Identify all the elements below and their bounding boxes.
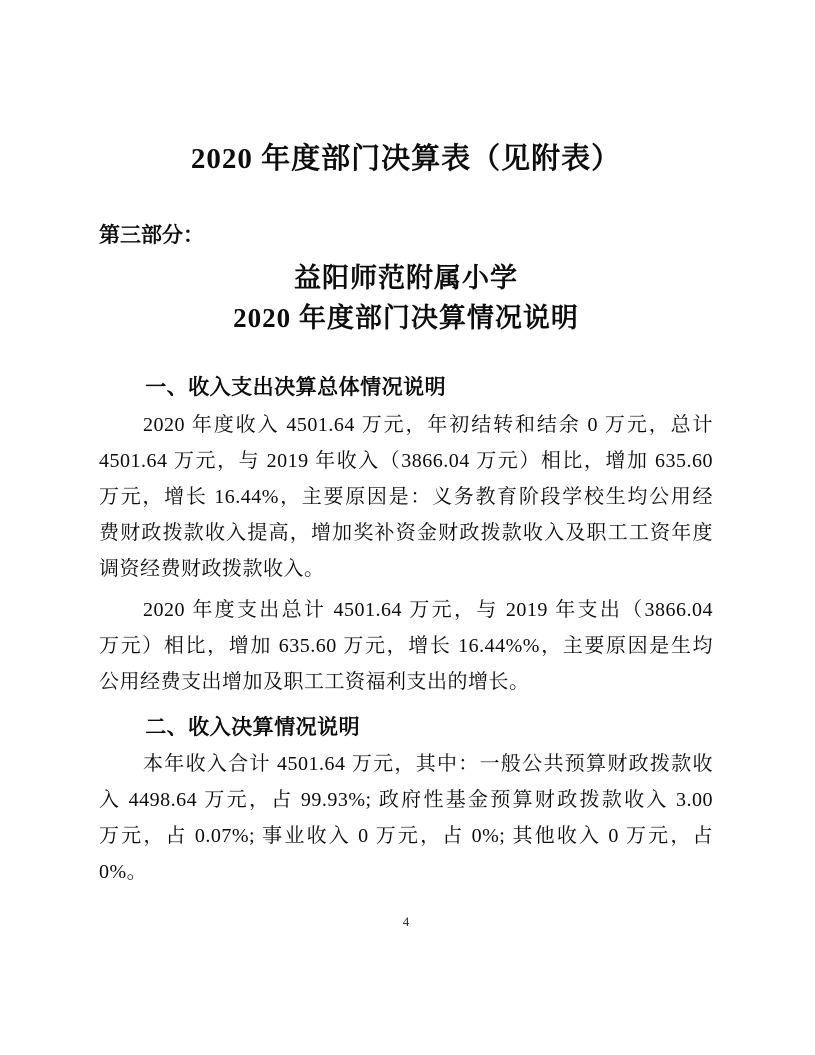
section-heading-1: 一、收入支出决算总体情况说明 <box>99 374 713 402</box>
paragraph-expenditure-overview: 2020 年度支出总计 4501.64 万元，与 2019 年支出（3866.0… <box>99 592 713 700</box>
paragraph-line: 入 4498.64 万元，占 99.93%; 政府性基金预算财政拨款收入 3.0… <box>99 782 713 818</box>
paragraph-line: 万元，占 0.07%; 事业收入 0 万元，占 0%; 其他收入 0 万元，占 <box>99 818 713 854</box>
paragraph-line: 公用经费支出增加及职工工资福利支出的增长。 <box>99 664 713 700</box>
paragraph-line: 万元，增长 16.44%，主要原因是：义务教育阶段学校生均公用经 <box>99 479 713 515</box>
paragraph-line: 2020 年度支出总计 4501.64 万元，与 2019 年支出（3866.0… <box>99 592 713 628</box>
paragraph-line: 费财政拨款收入提高，增加奖补资金财政拨款收入及职工工资年度 <box>99 515 713 551</box>
paragraph-income-overview: 2020 年度收入 4501.64 万元，年初结转和结余 0 万元，总计 450… <box>99 407 713 587</box>
document-title: 2020 年度部门决算表（见附表） <box>99 140 713 178</box>
document-subtitle: 2020 年度部门决算情况说明 <box>99 298 713 338</box>
section-heading-2: 二、收入决算情况说明 <box>99 714 713 742</box>
paragraph-line: 本年收入合计 4501.64 万元，其中：一般公共预算财政拨款收 <box>99 746 713 782</box>
paragraph-income-detail: 本年收入合计 4501.64 万元，其中：一般公共预算财政拨款收 入 4498.… <box>99 746 713 890</box>
paragraph-line: 2020 年度收入 4501.64 万元，年初结转和结余 0 万元，总计 <box>99 407 713 443</box>
page-number: 4 <box>99 914 713 930</box>
paragraph-line: 0%。 <box>99 854 713 890</box>
document-page: 2020 年度部门决算表（见附表） 第三部分： 益阳师范附属小学 2020 年度… <box>0 0 815 1055</box>
part-label: 第三部分： <box>99 223 713 249</box>
paragraph-line: 4501.64 万元，与 2019 年收入（3866.04 万元）相比，增加 6… <box>99 443 713 479</box>
paragraph-line: 万元）相比，增加 635.60 万元，增长 16.44%%，主要原因是生均 <box>99 628 713 664</box>
organization-name: 益阳师范附属小学 <box>99 258 713 298</box>
paragraph-line: 调资经费财政拨款收入。 <box>99 551 713 587</box>
